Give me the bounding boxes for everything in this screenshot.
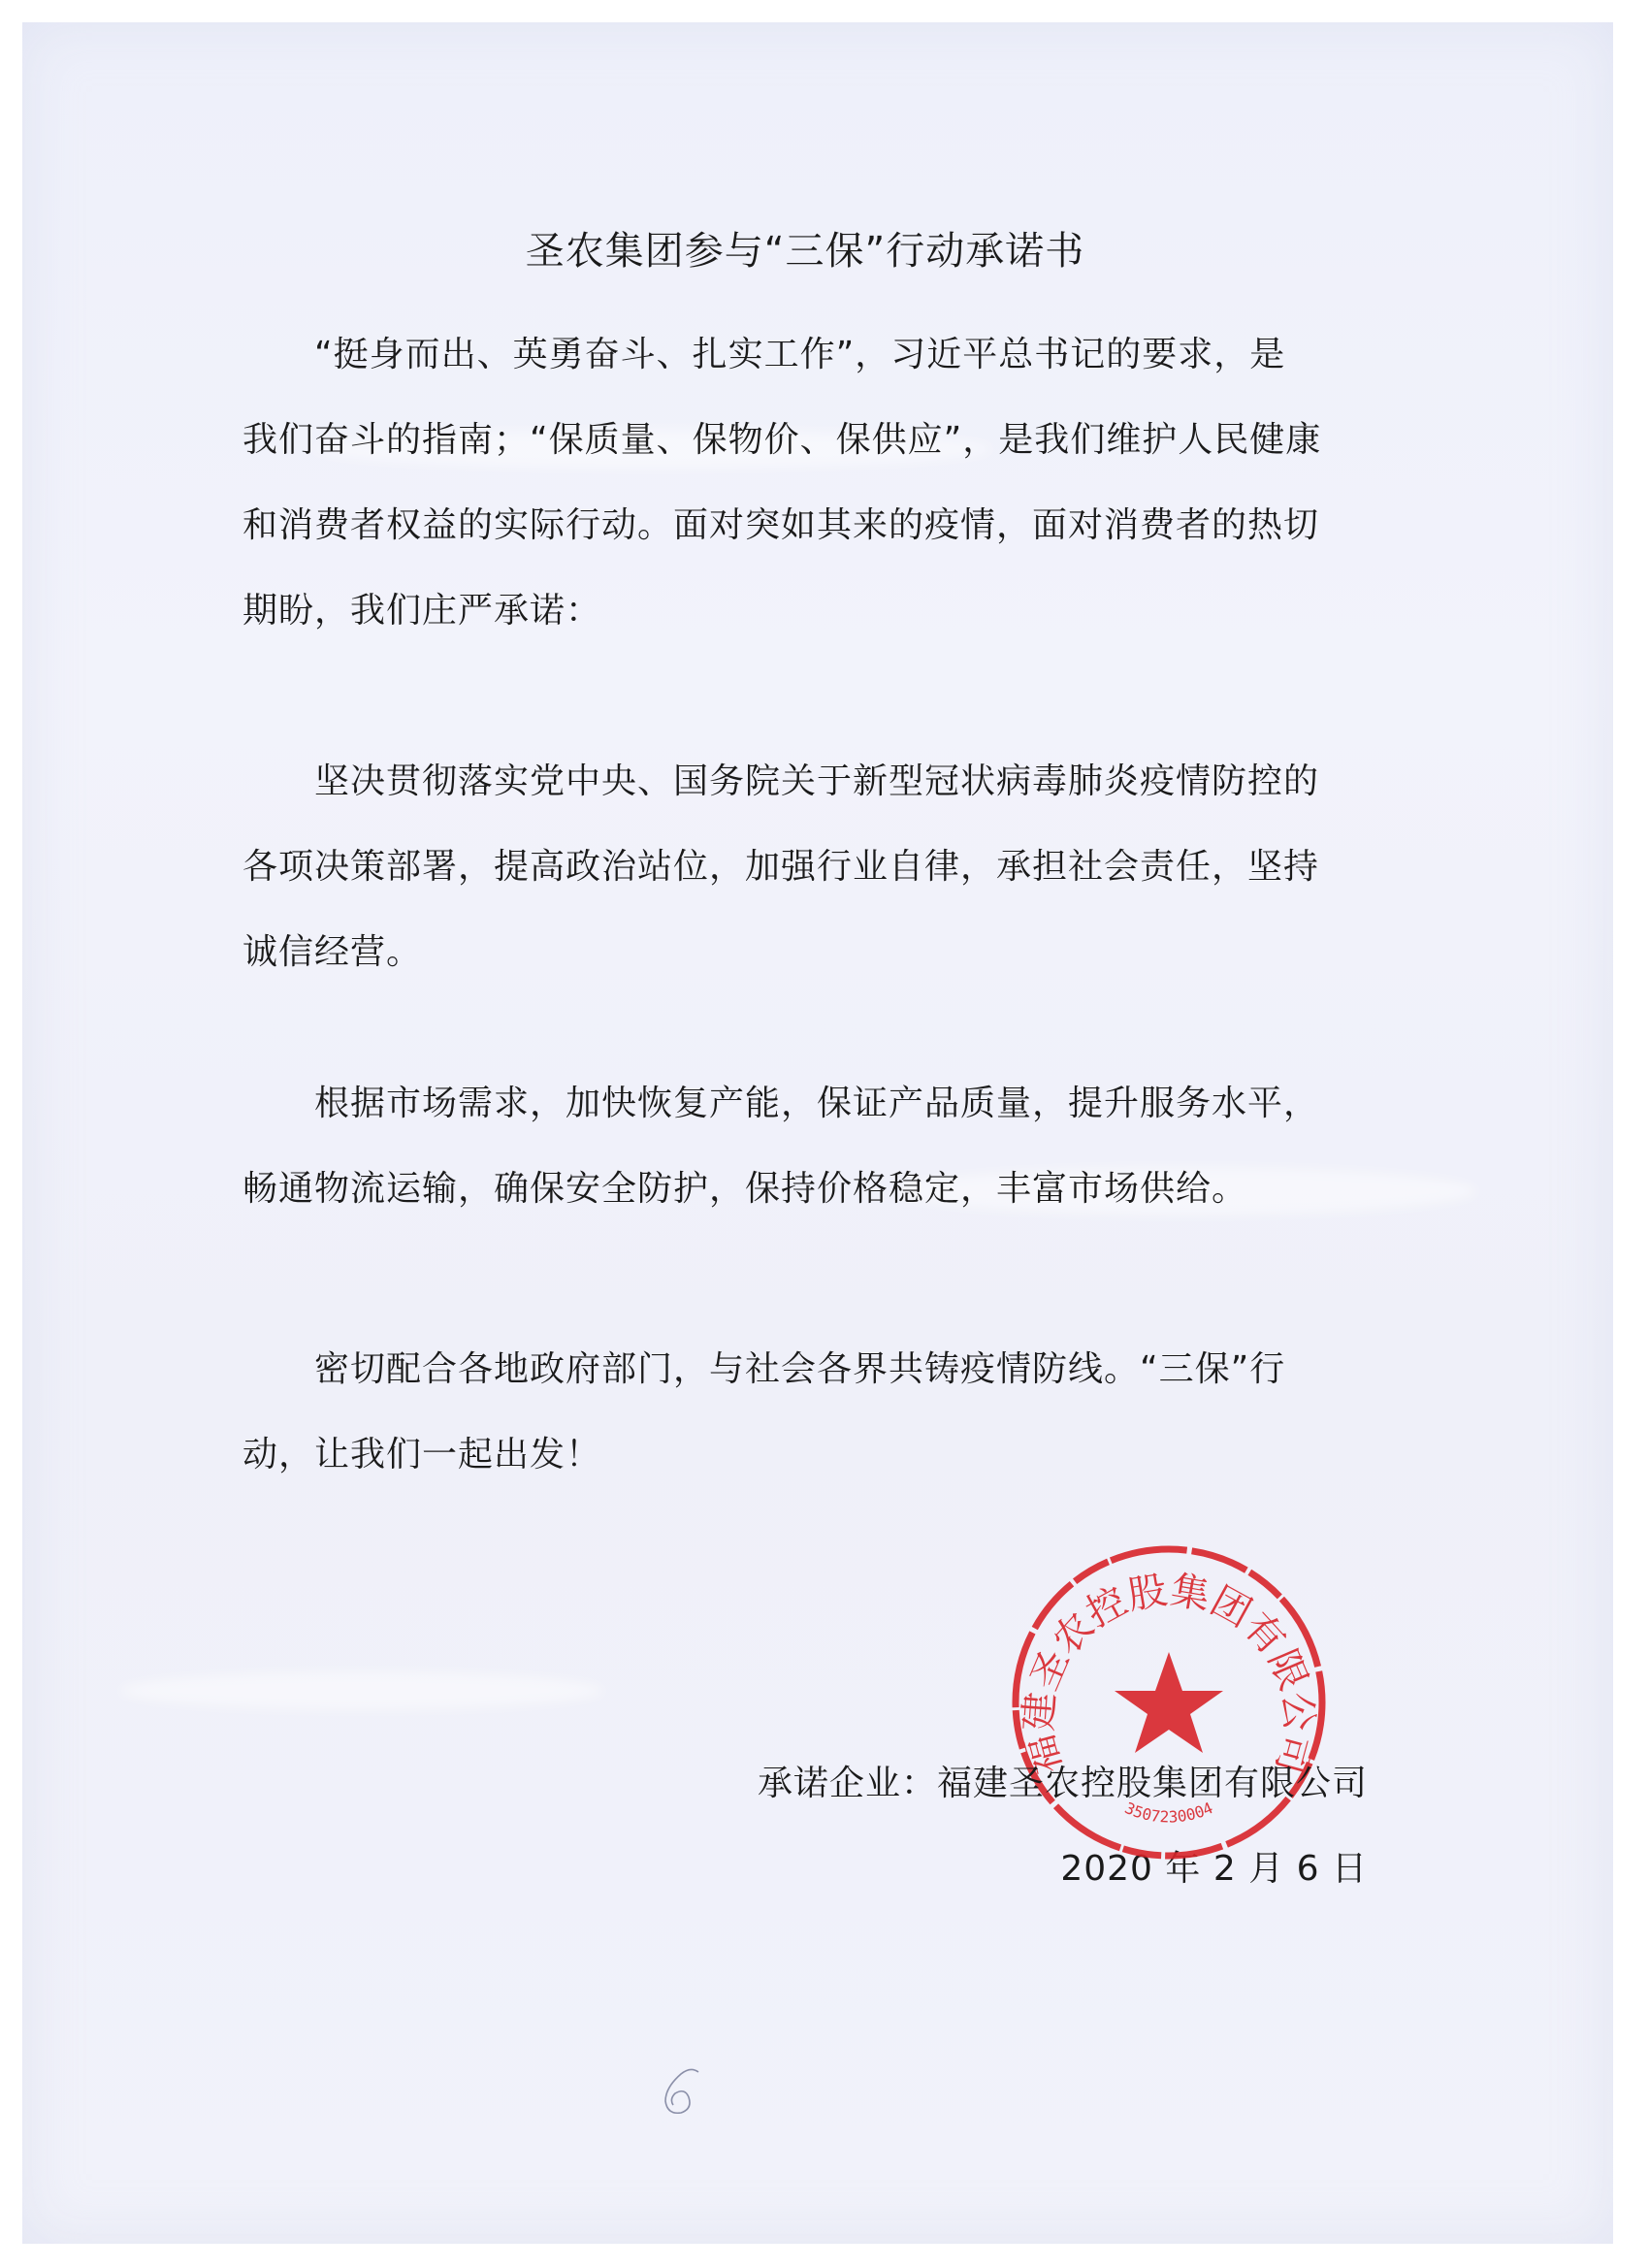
paragraph-line: 我们奋斗的指南；“保质量、保物价、保供应”，是我们维护人民健康 — [242, 398, 1368, 483]
signature-line: 承诺企业：福建圣农控股集团有限公司 — [758, 1756, 1368, 1805]
paragraph-line: 诚信经营。 — [242, 910, 1368, 995]
signature-label: 承诺企业： — [758, 1764, 937, 1803]
document-title: 圣农集团参与“三保”行动承诺书 — [0, 220, 1610, 275]
paragraph-line: 密切配合各地政府部门，与社会各界共铸疫情防线。“三保”行 — [242, 1327, 1368, 1412]
star-icon — [1115, 1652, 1223, 1753]
seal-graphic: 福建圣农控股集团有限公司 3507230004 — [1004, 1538, 1334, 1867]
handwritten-page-number — [652, 2064, 710, 2122]
paragraph-line: 期盼，我们庄严承诺： — [242, 568, 1368, 654]
paper-crease — [119, 1671, 604, 1710]
paragraph-line: 坚决贯彻落实党中央、国务院关于新型冠状病毒肺炎疫情防控的 — [242, 739, 1368, 825]
handwritten-six-icon — [652, 2064, 710, 2122]
paragraph-commitment-1: 坚决贯彻落实党中央、国务院关于新型冠状病毒肺炎疫情防控的 各项决策部署，提高政治… — [242, 739, 1368, 995]
paragraph-line: 和消费者权益的实际行动。面对突如其来的疫情，面对消费者的热切 — [242, 483, 1368, 568]
paragraph-line: 各项决策部署，提高政治站位，加强行业自律，承担社会责任，坚持 — [242, 825, 1368, 910]
company-seal: 福建圣农控股集团有限公司 3507230004 — [1004, 1538, 1334, 1867]
paragraph-intro: “挺身而出、英勇奋斗、扎实工作”，习近平总书记的要求，是 我们奋斗的指南；“保质… — [242, 312, 1368, 654]
signature-company: 福建圣农控股集团有限公司 — [937, 1764, 1368, 1803]
paragraph-line: “挺身而出、英勇奋斗、扎实工作”，习近平总书记的要求，是 — [242, 312, 1368, 398]
paragraph-line: 根据市场需求，加快恢复产能，保证产品质量，提升服务水平， — [242, 1061, 1368, 1147]
paragraph-commitment-2: 根据市场需求，加快恢复产能，保证产品质量，提升服务水平， 畅通物流运输，确保安全… — [242, 1061, 1368, 1232]
paragraph-commitment-3: 密切配合各地政府部门，与社会各界共铸疫情防线。“三保”行 动，让我们一起出发！ — [242, 1327, 1368, 1498]
paragraph-line: 动，让我们一起出发！ — [242, 1412, 1368, 1498]
paragraph-line: 畅通物流运输，确保安全防护，保持价格稳定，丰富市场供给。 — [242, 1147, 1368, 1232]
